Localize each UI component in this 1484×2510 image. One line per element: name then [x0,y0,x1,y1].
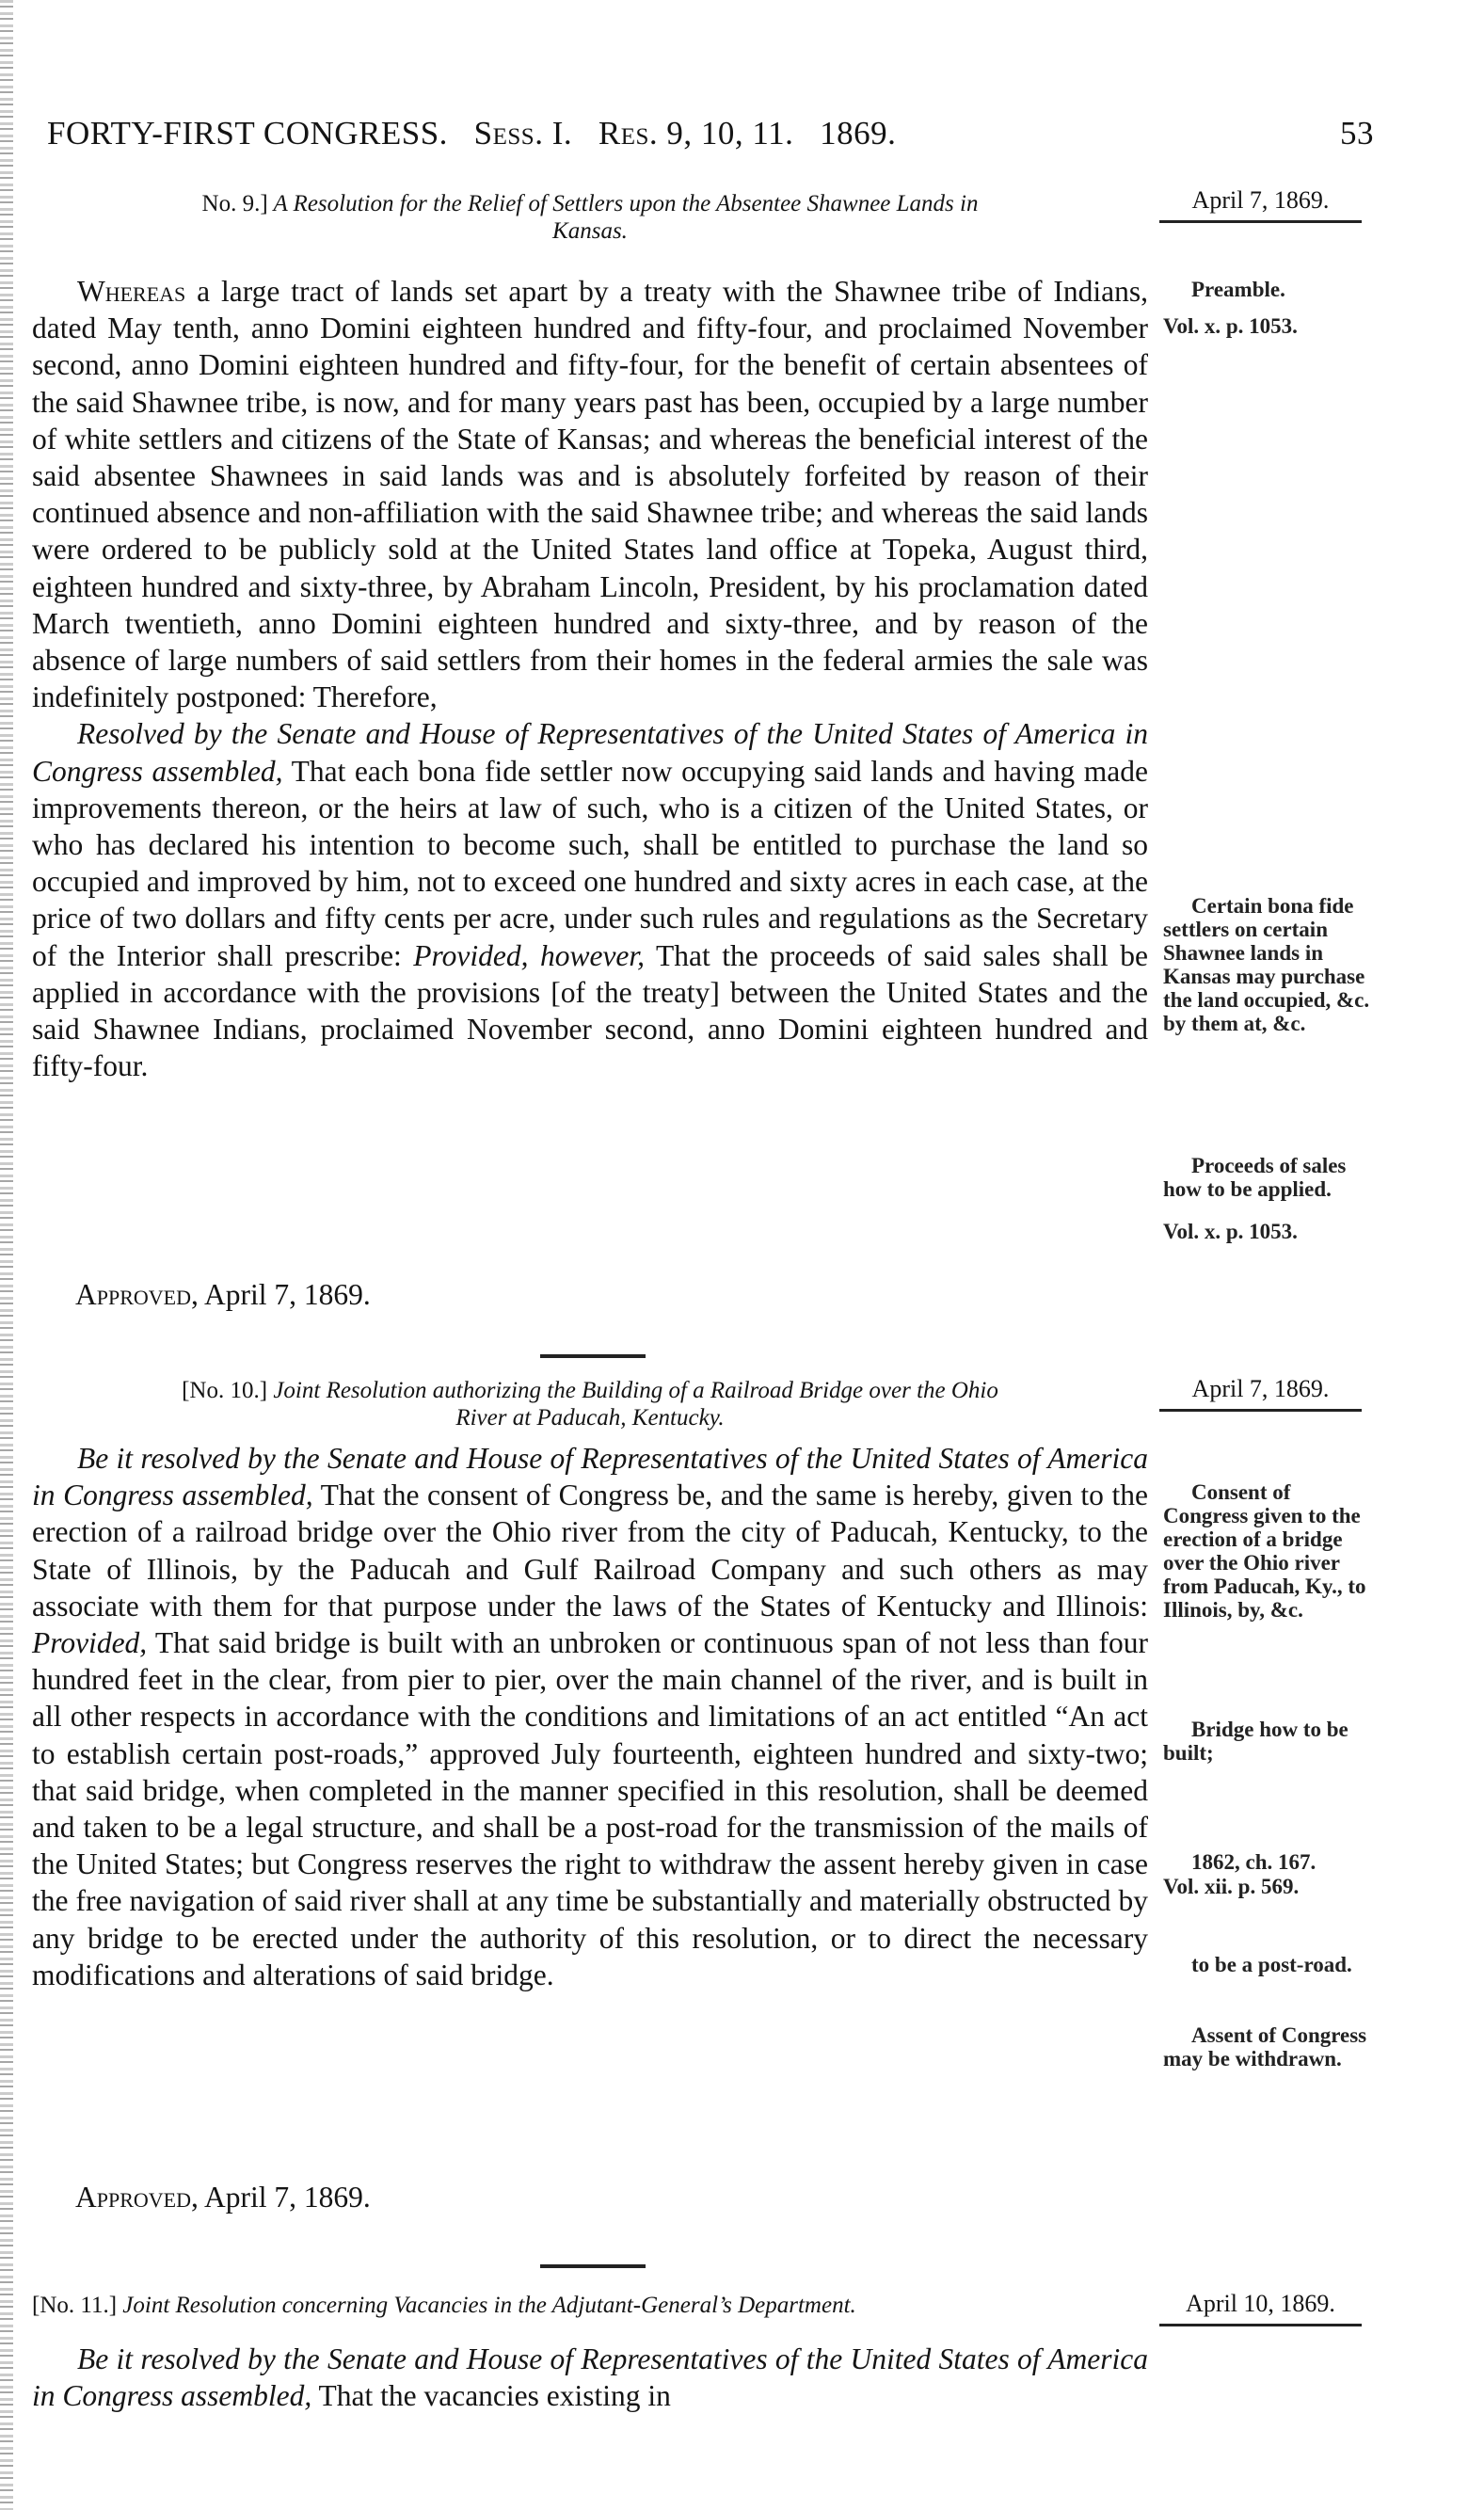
section-divider [540,2264,646,2268]
margin-note-reference: Vol. xii. p. 569. [1163,1875,1375,1898]
margin-note-preamble: Preamble. [1163,278,1375,301]
resolution-10-heading: [No. 10.] Joint Resolution authorizing t… [32,1377,1148,1431]
preamble-paragraph: Whereas a large tract of lands set apart… [32,273,1148,715]
preamble-text: a large tract of lands set apart by a tr… [32,275,1148,713]
resolution-11-body: Be it resolved by the Senate and House o… [32,2341,1148,2414]
resolution-10-body: Be it resolved by the Senate and House o… [32,1440,1148,1993]
resolution-title-cont: Kansas. [552,218,628,244]
margin-note-consent: Consent of Congress given to the erectio… [1163,1480,1375,1622]
resolution-title: Joint Resolution authorizing the Buildin… [273,1378,998,1403]
resolution-11-heading: [No. 11.] Joint Resolution concerning Va… [32,2292,1148,2319]
resolution-number: [No. 10.] [182,1378,267,1403]
whereas-lead: Whereas [77,275,185,308]
resolving-text-b: That said bridge is built with an unbrok… [32,1626,1148,1991]
resolving-paragraph: Be it resolved by the Senate and House o… [32,1440,1148,1993]
resolution-9-body: Whereas a large tract of lands set apart… [32,273,1148,1084]
page-number: 53 [1340,115,1374,152]
congress-title: FORTY-FIRST CONGRESS. [47,115,448,152]
approved-date: April 7, 1869. [199,1278,371,1311]
resolution-number: No. 9.] [202,191,268,216]
running-head: FORTY-FIRST CONGRESS. Sess. I. Res. 9, 1… [47,115,1374,152]
year-label: 1869. [820,115,896,152]
approved-label: Approved, [75,2181,199,2214]
resolution-number: [No. 11.] [32,2293,117,2318]
margin-note-reference: Vol. x. p. 1053. [1163,1220,1375,1243]
approved-label: Approved, [75,1278,199,1311]
proviso-clause: Provided, [32,1626,147,1659]
resolving-paragraph: Be it resolved by the Senate and House o… [32,2341,1148,2414]
margin-note-reference: Vol. x. p. 1053. [1163,314,1375,338]
resolution-title-cont: River at Paducah, Kentucky. [455,1405,724,1431]
resolution-9-heading: No. 9.] A Resolution for the Relief of S… [32,190,1148,245]
resolution-10-date: April 7, 1869. [1159,1375,1362,1412]
margin-note-proceeds: Proceeds of sales how to be applied. [1163,1154,1375,1201]
resolution-title: A Resolution for the Relief of Settlers … [273,191,978,216]
session-label: Sess. I. [474,115,572,152]
approved-date: April 7, 1869. [199,2181,371,2214]
margin-note-post-road: to be a post-road. [1163,1953,1375,1976]
resolution-11-date: April 10, 1869. [1159,2290,1362,2326]
proviso-clause: Provided, however, [413,939,645,972]
resolution-9-date: April 7, 1869. [1159,186,1362,223]
resolution-9-approved: Approved, April 7, 1869. [75,1278,371,1312]
scanned-page-edge [0,0,13,2510]
margin-note-settlers: Certain bona fide settlers on certain Sh… [1163,894,1375,1035]
section-divider [540,1354,646,1358]
resolution-title: Joint Resolution concerning Vacancies in… [122,2293,856,2318]
resolutions-label: Res. 9, 10, 11. [598,115,793,152]
margin-note-bridge: Bridge how to be built; [1163,1718,1375,1765]
margin-note-statute: 1862, ch. 167. [1163,1850,1375,1874]
resolving-text-a: That the vacancies existing in [311,2379,671,2412]
resolution-10-approved: Approved, April 7, 1869. [75,2181,371,2214]
resolving-paragraph: Resolved by the Senate and House of Repr… [32,715,1148,1084]
margin-note-assent: Assent of Congress may be withdrawn. [1163,2023,1375,2070]
